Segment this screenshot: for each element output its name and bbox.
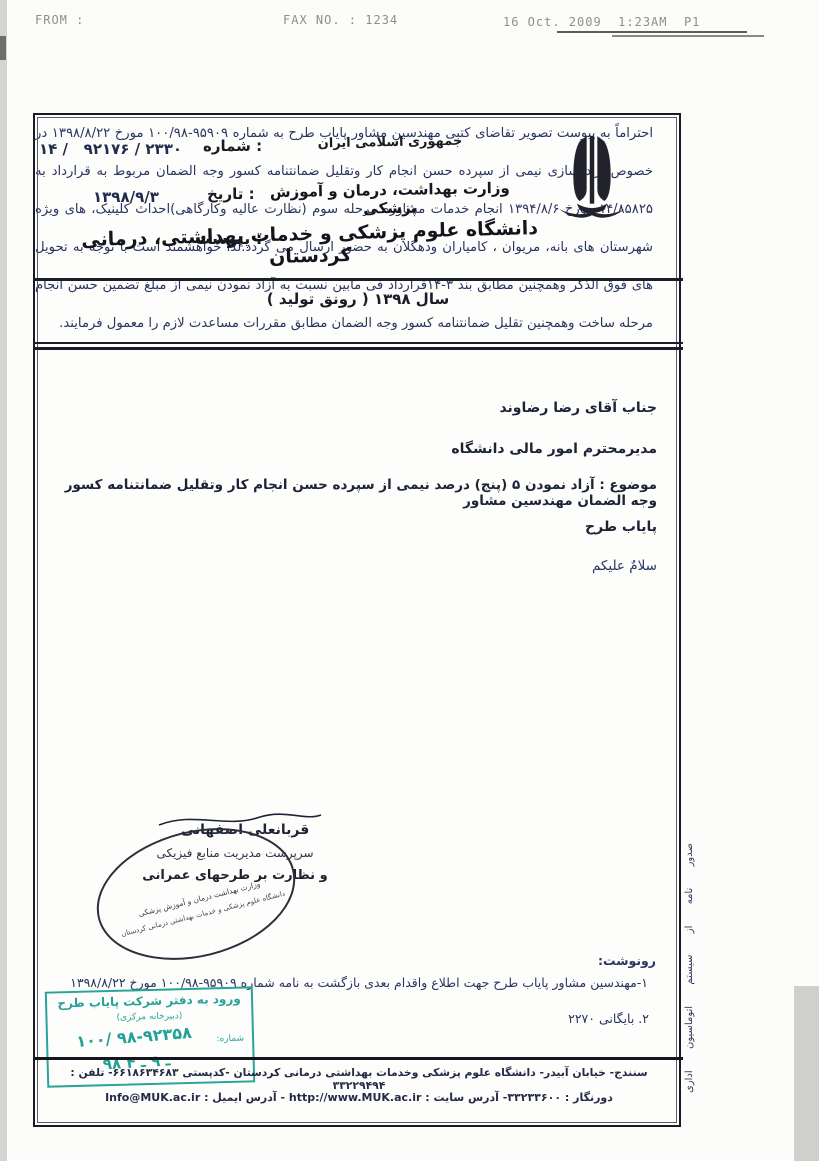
band-rule-top <box>35 278 683 281</box>
fax-datetime: 16 Oct. 2009 1:23AM P1 <box>503 15 700 29</box>
letter-number-value: ۱۴ / ۹۲۱۷۶ / ۲۳۳۰ <box>39 140 197 158</box>
body-line: مرحله ساخت وهمچنین تقلیل ضمانتنامه کسور … <box>35 305 653 343</box>
recipient-title: مدیرمحترم امور مالی دانشگاه <box>47 441 657 457</box>
entry-stamp-number-value: ۱۰۰/ ۹۸-۹۲۳۵۸ <box>53 1021 214 1052</box>
band-rule-bottom-1 <box>35 342 683 344</box>
cc-item-2: ۲. بایگانی ۲۲۷۰ <box>568 1011 649 1026</box>
letterhead-ministry: وزارت بهداشت، درمان و آموزش پزشکی <box>265 179 516 219</box>
recipient-name: جناب آقای رضا رضاوند <box>47 400 657 416</box>
fax-underline-2 <box>612 35 764 37</box>
letter-number-label: شماره : <box>203 137 262 155</box>
letter-date-label: تاریخ : <box>207 185 255 203</box>
cc-label: رونوشت: <box>598 953 656 968</box>
fax-from-label: FROM : <box>35 13 84 27</box>
letter-date-value: ۱۳۹۸/۹/۳ <box>93 188 159 206</box>
scan-shadow-region <box>794 986 819 1161</box>
letter-attachment-label: پیوست : <box>195 229 262 248</box>
margin-automation-note: صدور نامه از سیستم اتوماسیون اداری <box>684 843 700 1093</box>
fax-number-label: FAX NO. : 1234 <box>283 13 398 27</box>
subject-line-2: پایاب طرح <box>47 519 657 535</box>
scan-edge-strip <box>0 0 7 1161</box>
footer-address-line: سنندج- خیابان آبیدر- دانشگاه علوم پزشکی … <box>43 1066 675 1092</box>
entry-stamp-number-label: شماره: <box>216 1034 244 1045</box>
salutation: سلامٌ علیکم <box>47 558 657 574</box>
fax-scan-page: FROM : FAX NO. : 1234 16 Oct. 2009 1:23A… <box>0 0 819 1161</box>
letter-sheet: جمهوری اسلامی ایران وزارت بهداشت، درمان … <box>33 113 681 1127</box>
subject-line: موضوع : آزاد نمودن ۵ (پنج) درصد نیمی از … <box>47 477 657 509</box>
scan-edge-mark <box>0 36 6 60</box>
band-rule-bottom-2 <box>35 347 683 350</box>
entry-stamp-title: ورود به دفتر شرکت پایاب طرح <box>51 991 247 1010</box>
entry-stamp-subtitle: (دبیرخانه مرکزی) <box>51 1009 247 1024</box>
year-slogan: سال ۱۳۹۸ ( رونق تولید ) <box>53 290 663 308</box>
ministry-of-health-logo-icon <box>552 133 632 237</box>
fax-underline <box>557 31 747 33</box>
footer-separator <box>35 1057 683 1060</box>
cc-item-1: ۱-مهندسین مشاور پایاب طرح جهت اطلاع واقد… <box>51 975 648 990</box>
footer-contact-line: دورنگار : ۳۳۲۳۳۶۰۰- آدرس سایت : http://w… <box>43 1091 675 1104</box>
